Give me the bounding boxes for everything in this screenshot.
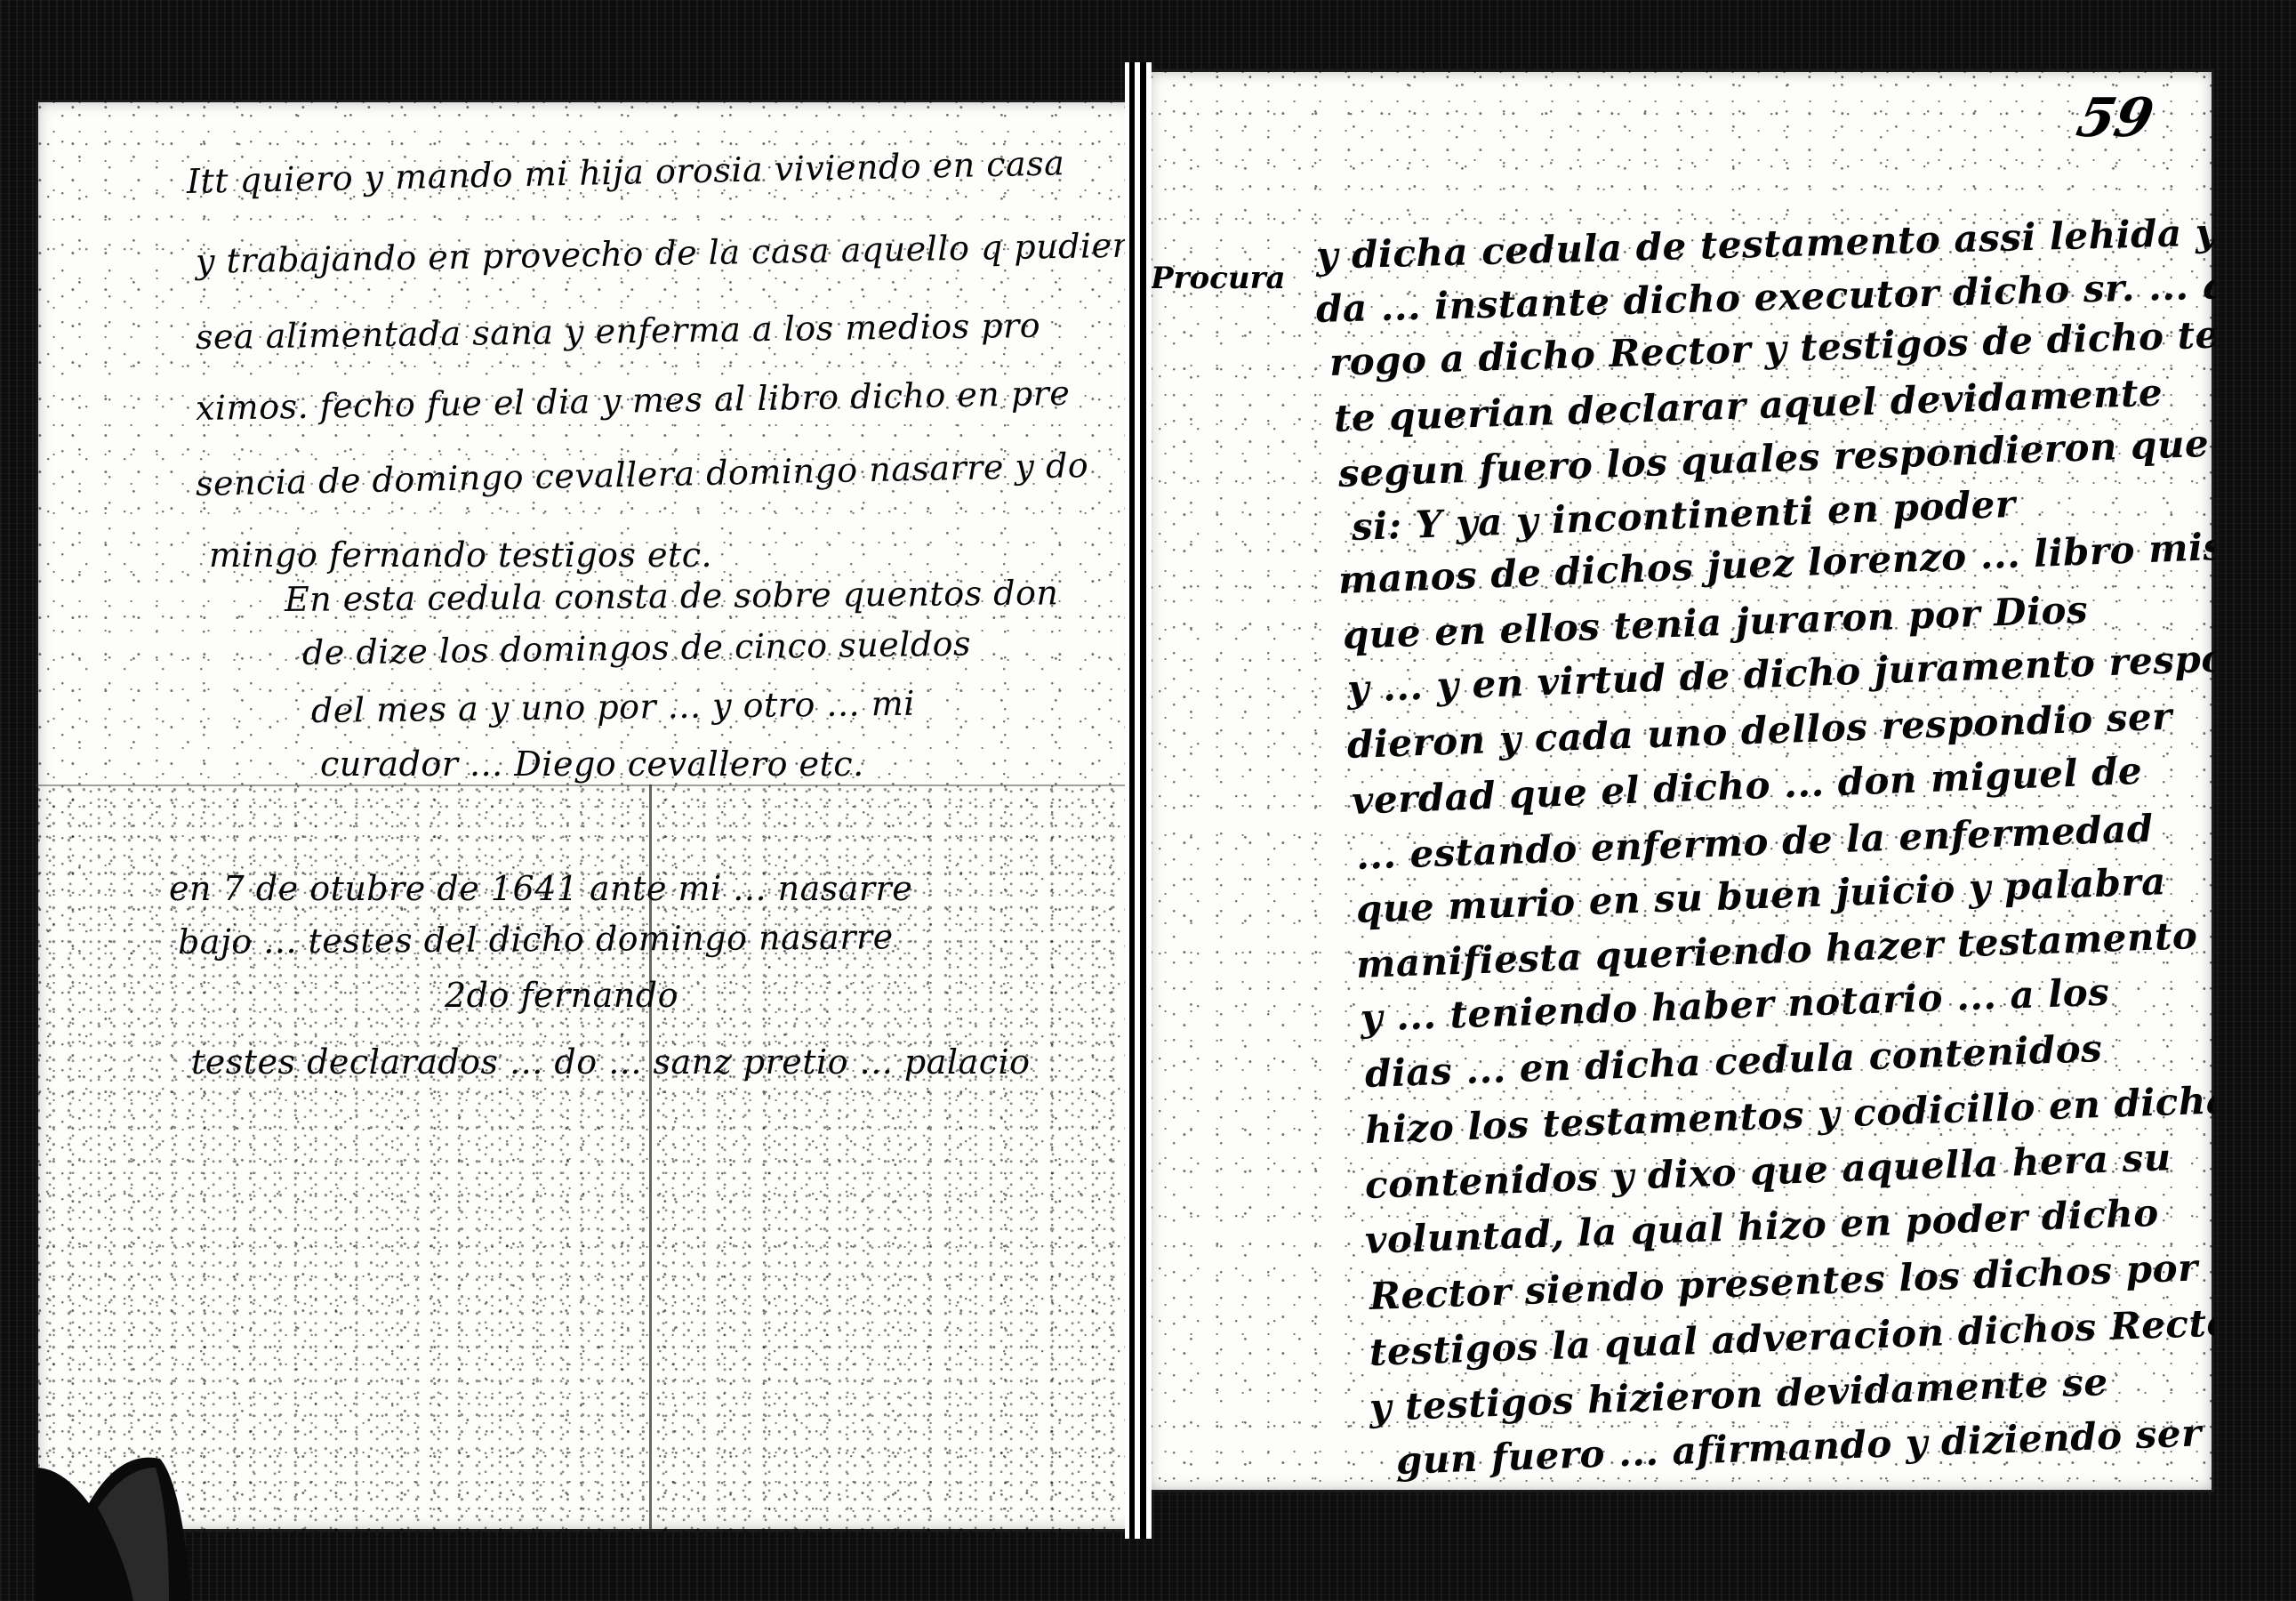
manuscript-line: En esta cedula consta de sobre quentos d… [285, 573, 1059, 619]
left-manuscript-page: Itt quiero y mando mi hija orosia vivien… [36, 100, 1138, 1532]
manuscript-line: del mes a y uno por ... y otro ... mi [311, 684, 915, 730]
manuscript-line: sencia de domingo cevallera domingo nasa… [196, 446, 1089, 503]
manuscript-line: Itt quiero y mando mi hija orosia vivien… [187, 143, 1065, 201]
manuscript-line: en 7 de otubre de 1641 ante mi ... nasar… [169, 869, 912, 908]
manuscript-line: dias ... en dicha cedula contenidos [1364, 1026, 2103, 1096]
manuscript-line: de dize los domingos de cinco sueldos [302, 624, 972, 672]
margin-note-text: Procura [1151, 261, 1286, 296]
manuscript-line: ximos. fecho fue el dia y mes al libro d… [196, 374, 1071, 428]
margin-note-procura: Procura [1151, 261, 1286, 296]
book-spine-gutter [1125, 62, 1152, 1539]
manuscript-line: sea alimentada sana y enferma a los medi… [196, 306, 1041, 357]
torn-page-corner-icon [36, 1432, 249, 1601]
horizontal-crease [36, 784, 1138, 786]
manuscript-line: bajo ... testes del dicho domingo nasarr… [178, 917, 894, 961]
manuscript-line: curador ... Diego cevallero etc. [320, 744, 864, 784]
folio-number: 59 [2071, 87, 2158, 149]
manuscript-line: 2do fernando [445, 976, 678, 1015]
right-manuscript-page: 59 Procura y dicha cedula de testamento … [1147, 69, 2214, 1492]
manuscript-line: y trabajando en provecho de la casa aque… [196, 225, 1138, 281]
manuscript-line: testes declarados ... do ... sanz pretio… [191, 1042, 1031, 1082]
manuscript-line: mingo fernando testigos etc. [209, 535, 712, 575]
